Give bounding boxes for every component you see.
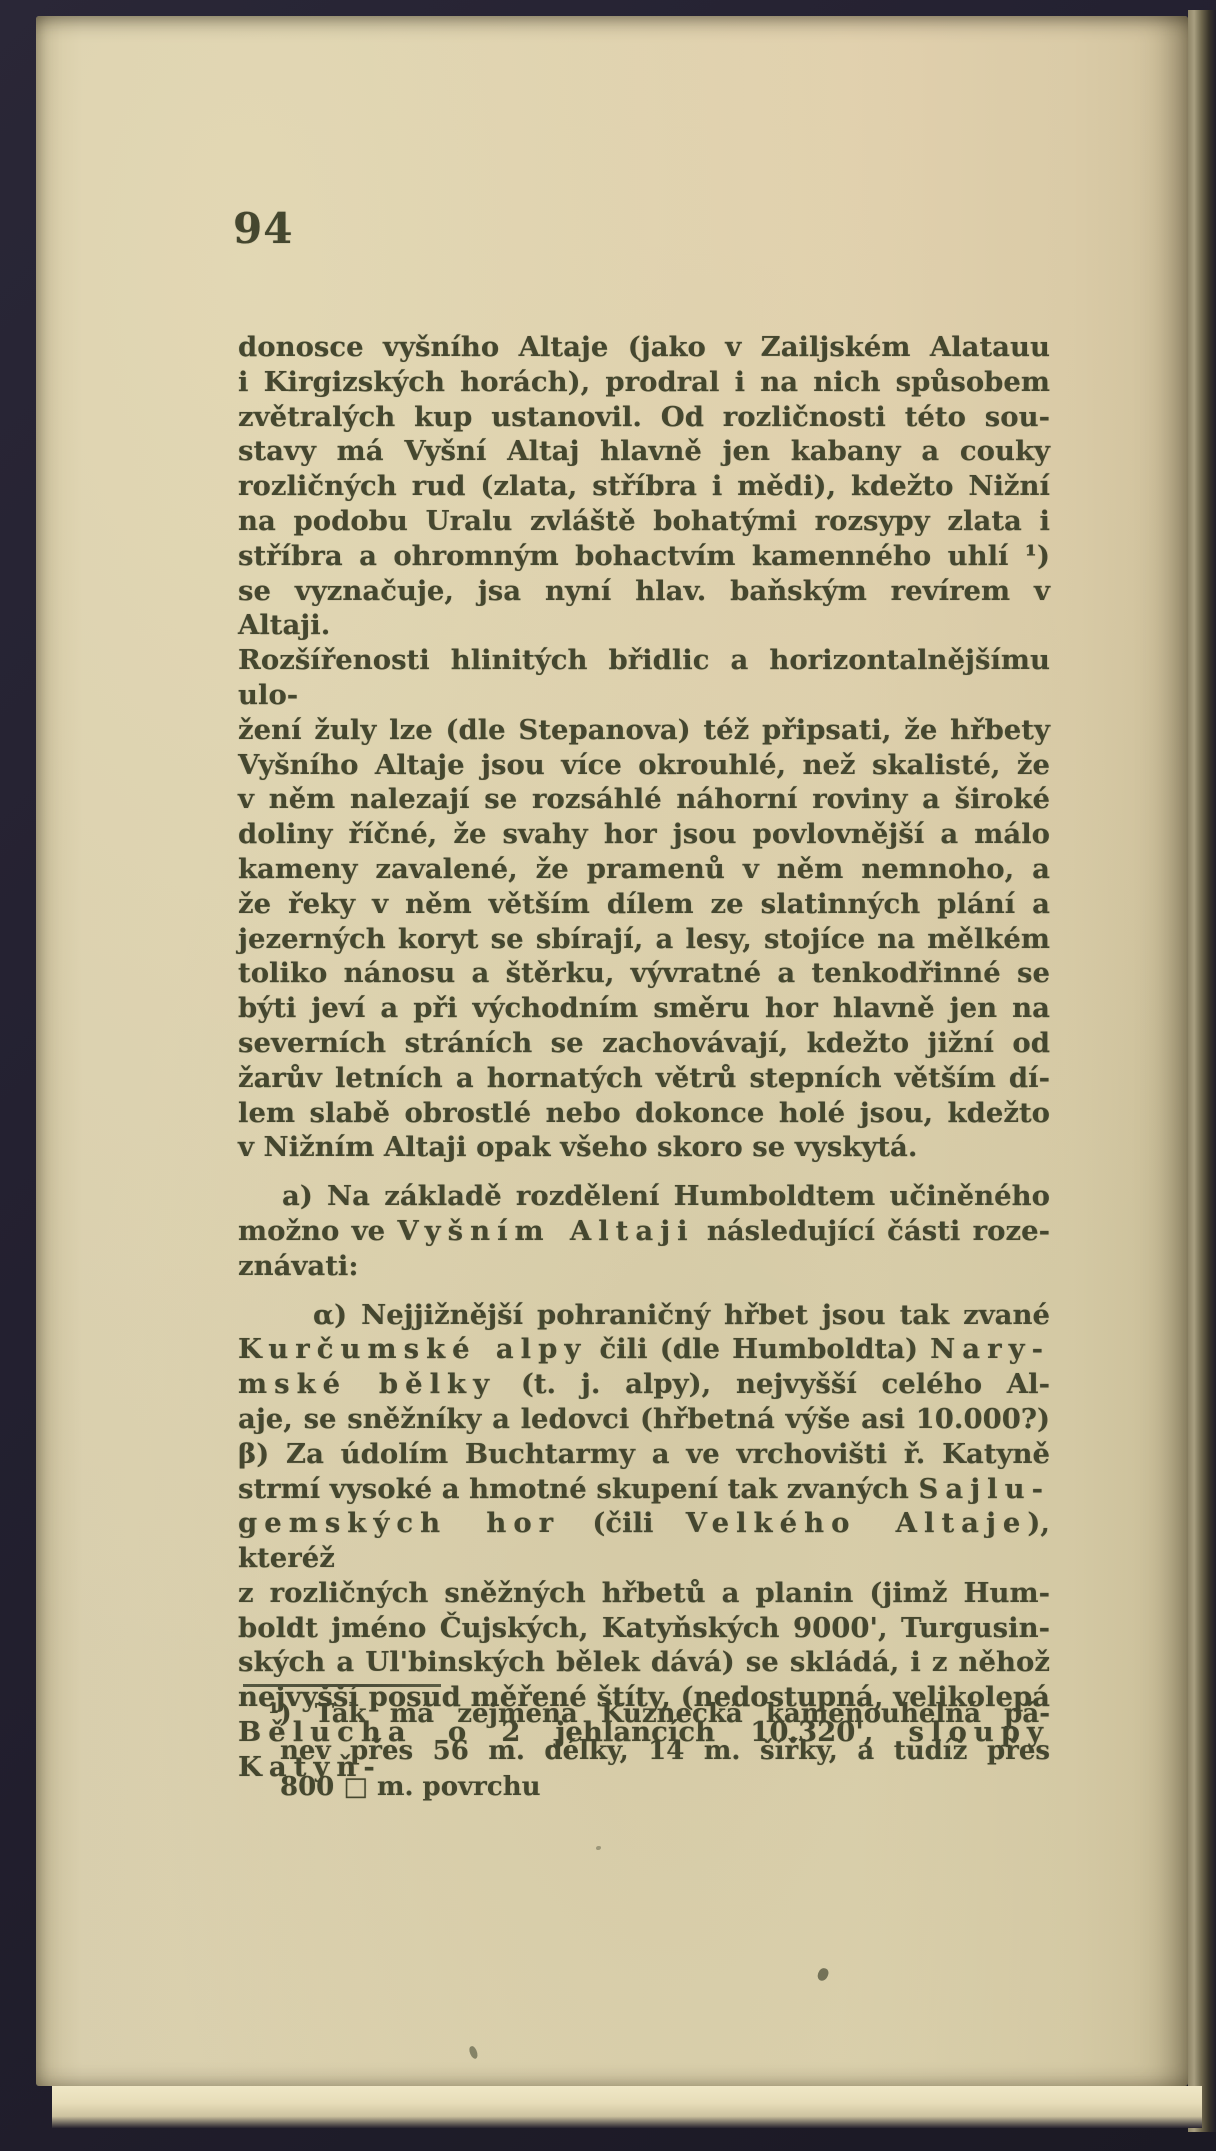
letterspaced-emphasis: Nary- bbox=[930, 1333, 1050, 1365]
text-line: mské bělky (t. j. alpy), nejvyšší celého… bbox=[238, 1367, 1050, 1402]
ink-speck bbox=[468, 2045, 480, 2060]
letterspaced-emphasis: gemských hor bbox=[238, 1507, 560, 1539]
text-line: býti jeví a při východním směru hor hlav… bbox=[238, 991, 1050, 1026]
text-line: 800 □ m. povrchu bbox=[280, 1769, 1050, 1806]
text-line: boldt jméno Čujských, Katyňských 9000', … bbox=[238, 1611, 1050, 1646]
text-line: Vyšního Altaje jsou více okrouhlé, než s… bbox=[238, 748, 1050, 783]
text-line: jezerných koryt se sbírají, a lesy, stoj… bbox=[238, 922, 1050, 957]
text-line: zvětralých kup ustanovil. Od rozličnosti… bbox=[238, 400, 1050, 435]
ink-speck bbox=[816, 1967, 830, 1982]
letterspaced-emphasis: Velkého Altaje bbox=[686, 1507, 1028, 1539]
letterspaced-emphasis: mské bělky bbox=[238, 1368, 496, 1400]
text-line: strmí vysoké a hmotné skupení tak zvanýc… bbox=[238, 1472, 1050, 1507]
text-line: Rozšířenosti hlinitých břidlic a horizon… bbox=[238, 643, 1050, 713]
text-line: a) Na základě rozdělení Humboldtem učině… bbox=[238, 1179, 1050, 1214]
text-line: toliko nánosu a štěrku, vývratné a tenko… bbox=[238, 956, 1050, 991]
para-continuation: donosce vyšního Altaje (jako v Zailjském… bbox=[238, 330, 1050, 1165]
footnote-rule bbox=[243, 1684, 441, 1687]
text-line: v Nižním Altaji opak všeho skoro se vysk… bbox=[238, 1130, 1050, 1165]
text-line: žení žuly lze (dle Stepanova) též připsa… bbox=[238, 713, 1050, 748]
text-line: stavy má Vyšní Altaj hlavně jen kabany a… bbox=[238, 434, 1050, 469]
text-line: rozličných rud (zlata, stříbra i mědi), … bbox=[238, 469, 1050, 504]
book-fore-edge-right bbox=[1188, 10, 1216, 2132]
letterspaced-emphasis: Kurčumské alpy bbox=[238, 1333, 587, 1365]
text-line: že řeky v něm větším dílem ze slatinných… bbox=[238, 887, 1050, 922]
text-line: se vyznačuje, jsa nyní hlav. baňským rev… bbox=[238, 574, 1050, 644]
text-line: doliny říčné, že svahy hor jsou povlovně… bbox=[238, 817, 1050, 852]
text-line: donosce vyšního Altaje (jako v Zailjském… bbox=[238, 330, 1050, 365]
letterspaced-emphasis: Sajlu- bbox=[919, 1473, 1050, 1505]
text-line: stříbra a ohromným bohactvím kamenného u… bbox=[238, 539, 1050, 574]
text-line: α) Nejjižnější pohraničný hřbet jsou tak… bbox=[238, 1298, 1050, 1333]
book-fore-edge-bottom bbox=[52, 2086, 1202, 2128]
page-number: 94 bbox=[233, 204, 293, 253]
text-line: lem slabě obrostlé nebo dokonce holé jso… bbox=[238, 1096, 1050, 1131]
body-text: donosce vyšního Altaje (jako v Zailjském… bbox=[238, 330, 1050, 1785]
text-line: Kurčumské alpy čili (dle Humboldta) Nary… bbox=[238, 1332, 1050, 1367]
para-a: a) Na základě rozdělení Humboldtem učině… bbox=[238, 1179, 1050, 1283]
text-line: kameny zavalené, že pramenů v něm nemnoh… bbox=[238, 852, 1050, 887]
text-line: nev přes 56 m. délky, 14 m. šířky, a tud… bbox=[280, 1733, 1050, 1770]
ink-speck bbox=[596, 1846, 601, 1850]
text-line: β) Za údolím Buchtarmy a ve vrchovišti ř… bbox=[238, 1437, 1050, 1472]
photo-backdrop: 94 donosce vyšního Altaje (jako v Zailjs… bbox=[0, 0, 1216, 2151]
text-line: ských a Ul'binských bělek dává) se sklád… bbox=[238, 1645, 1050, 1680]
text-line: znávati: bbox=[238, 1249, 1050, 1284]
book-page: 94 donosce vyšního Altaje (jako v Zailjs… bbox=[36, 16, 1188, 2086]
text-line: gemských hor (čili Velkého Altaje), kter… bbox=[238, 1506, 1050, 1576]
text-line: ¹) Tak má zejmena Kuznecká kamenouhelná … bbox=[268, 1696, 1050, 1733]
text-line: z rozličných sněžných hřbetů a planin (j… bbox=[238, 1576, 1050, 1611]
text-line: i Kirgizských horách), prodral i na nich… bbox=[238, 365, 1050, 400]
text-line: v něm nalezají se rozsáhlé náhorní rovin… bbox=[238, 782, 1050, 817]
text-line: aje, se sněžníky a ledovci (hřbetná výše… bbox=[238, 1402, 1050, 1437]
letterspaced-emphasis: Vyšním Altaji bbox=[397, 1215, 694, 1247]
footnote: ¹) Tak má zejmena Kuznecká kamenouhelná … bbox=[238, 1696, 1050, 1806]
text-line: možno ve Vyšním Altaji následující části… bbox=[238, 1214, 1050, 1249]
text-line: na podobu Uralu zvláště bohatými rozsypy… bbox=[238, 504, 1050, 539]
text-line: žarův letních a hornatých větrů stepních… bbox=[238, 1061, 1050, 1096]
text-line: severních stráních se zachovávají, kdežt… bbox=[238, 1026, 1050, 1061]
